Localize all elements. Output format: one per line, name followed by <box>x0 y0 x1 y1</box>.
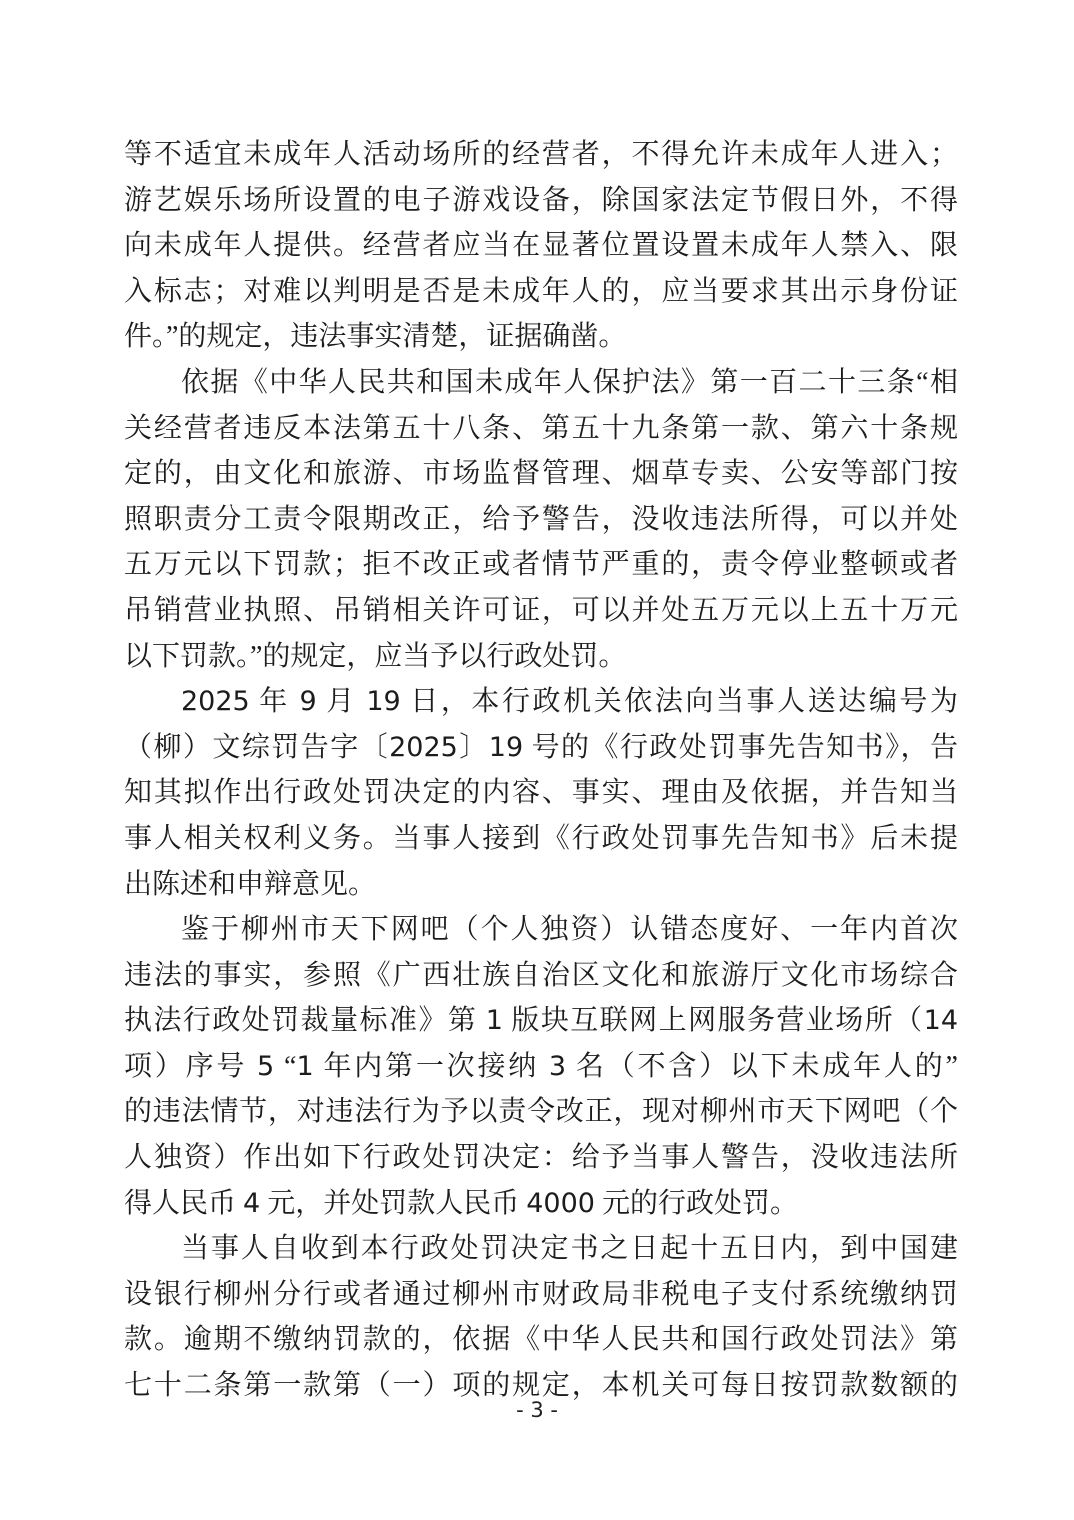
text-line: 以下罚款。”的规定，应当予以行政处罚。 <box>124 634 958 680</box>
text-line: 向未成年人提供。经营者应当在显著位置设置未成年人禁入、限 <box>124 223 958 269</box>
numeral: 5 <box>257 1051 274 1082</box>
numeral: 9 <box>299 686 316 717</box>
text-line: （柳）文综罚告字〔2025〕19 号的《行政处罚事先告知书》，告 <box>124 725 958 771</box>
paragraph: 等不适宜未成年人活动场所的经营者，不得允许未成年人进入；游艺娱乐场所设置的电子游… <box>124 132 958 360</box>
text-line: 执法行政处罚裁量标准》第 1 版块互联网上网服务营业场所（14 <box>124 998 958 1044</box>
text-line: 人独资）作出如下行政处罚决定：给予当事人警告，没收违法所 <box>124 1135 958 1181</box>
text-line: 入标志；对难以判明是否是未成年人的，应当要求其出示身份证 <box>124 269 958 315</box>
text-line: 事人相关权利义务。当事人接到《行政处罚事先告知书》后未提 <box>124 816 958 862</box>
text-line: 款。逾期不缴纳罚款的，依据《中华人民共和国行政处罚法》第 <box>124 1317 958 1363</box>
text-line: 鉴于柳州市天下网吧（个人独资）认错态度好、一年内首次 <box>124 907 958 953</box>
text-line: 出陈述和申辩意见。 <box>124 862 958 908</box>
text-line: 2025 年 9 月 19 日，本行政机关依法向当事人送达编号为 <box>124 679 958 725</box>
numeral: 2025 <box>389 732 458 763</box>
text-line: 游艺娱乐场所设置的电子游戏设备，除国家法定节假日外，不得 <box>124 178 958 224</box>
text-line: 件。”的规定，违法事实清楚，证据确凿。 <box>124 314 958 360</box>
text-line: 定的，由文化和旅游、市场监督管理、烟草专卖、公安等部门按 <box>124 451 958 497</box>
text-line: 知其拟作出行政处罚决定的内容、事实、理由及依据，并告知当 <box>124 770 958 816</box>
numeral: 19 <box>489 732 523 763</box>
numeral: 2025 <box>181 686 250 717</box>
numeral: 19 <box>366 686 400 717</box>
numeral: 14 <box>924 1005 958 1036</box>
text-line: 项）序号 5 “1 年内第一次接纳 3 名（不含）以下未成年人的” <box>124 1044 958 1090</box>
text-line: 设银行柳州分行或者通过柳州市财政局非税电子支付系统缴纳罚 <box>124 1272 958 1318</box>
text-line: 五万元以下罚款；拒不改正或者情节严重的，责令停业整顿或者 <box>124 542 958 588</box>
text-line: 的违法情节，对违法行为予以责令改正，现对柳州市天下网吧（个 <box>124 1089 958 1135</box>
page-number: - 3 - <box>0 1398 1074 1422</box>
text-line: 等不适宜未成年人活动场所的经营者，不得允许未成年人进入； <box>124 132 958 178</box>
text-line: 当事人自收到本行政处罚决定书之日起十五日内，到中国建 <box>124 1226 958 1272</box>
paragraph: 鉴于柳州市天下网吧（个人独资）认错态度好、一年内首次违法的事实，参照《广西壮族自… <box>124 907 958 1226</box>
numeral: 4000 <box>526 1188 595 1219</box>
text-line: 依据《中华人民共和国未成年人保护法》第一百二十三条“相 <box>124 360 958 406</box>
paragraph: 当事人自收到本行政处罚决定书之日起十五日内，到中国建设银行柳州分行或者通过柳州市… <box>124 1226 958 1408</box>
numeral: 1 <box>486 1005 503 1036</box>
numeral: 4 <box>243 1188 260 1219</box>
document-body: 等不适宜未成年人活动场所的经营者，不得允许未成年人进入；游艺娱乐场所设置的电子游… <box>124 132 958 1409</box>
text-line: 吊销营业执照、吊销相关许可证，可以并处五万元以上五十万元 <box>124 588 958 634</box>
numeral: 1 <box>296 1051 313 1082</box>
document-page: 等不适宜未成年人活动场所的经营者，不得允许未成年人进入；游艺娱乐场所设置的电子游… <box>0 0 1074 1520</box>
text-line: 违法的事实，参照《广西壮族自治区文化和旅游厅文化市场综合 <box>124 953 958 999</box>
numeral: 3 <box>549 1051 566 1082</box>
text-line: 关经营者违反本法第五十八条、第五十九条第一款、第六十条规 <box>124 406 958 452</box>
paragraph: 2025 年 9 月 19 日，本行政机关依法向当事人送达编号为（柳）文综罚告字… <box>124 679 958 907</box>
text-line: 得人民币 4 元，并处罚款人民币 4000 元的行政处罚。 <box>124 1181 958 1227</box>
paragraph: 依据《中华人民共和国未成年人保护法》第一百二十三条“相关经营者违反本法第五十八条… <box>124 360 958 679</box>
text-line: 照职责分工责令限期改正，给予警告，没收违法所得，可以并处 <box>124 497 958 543</box>
